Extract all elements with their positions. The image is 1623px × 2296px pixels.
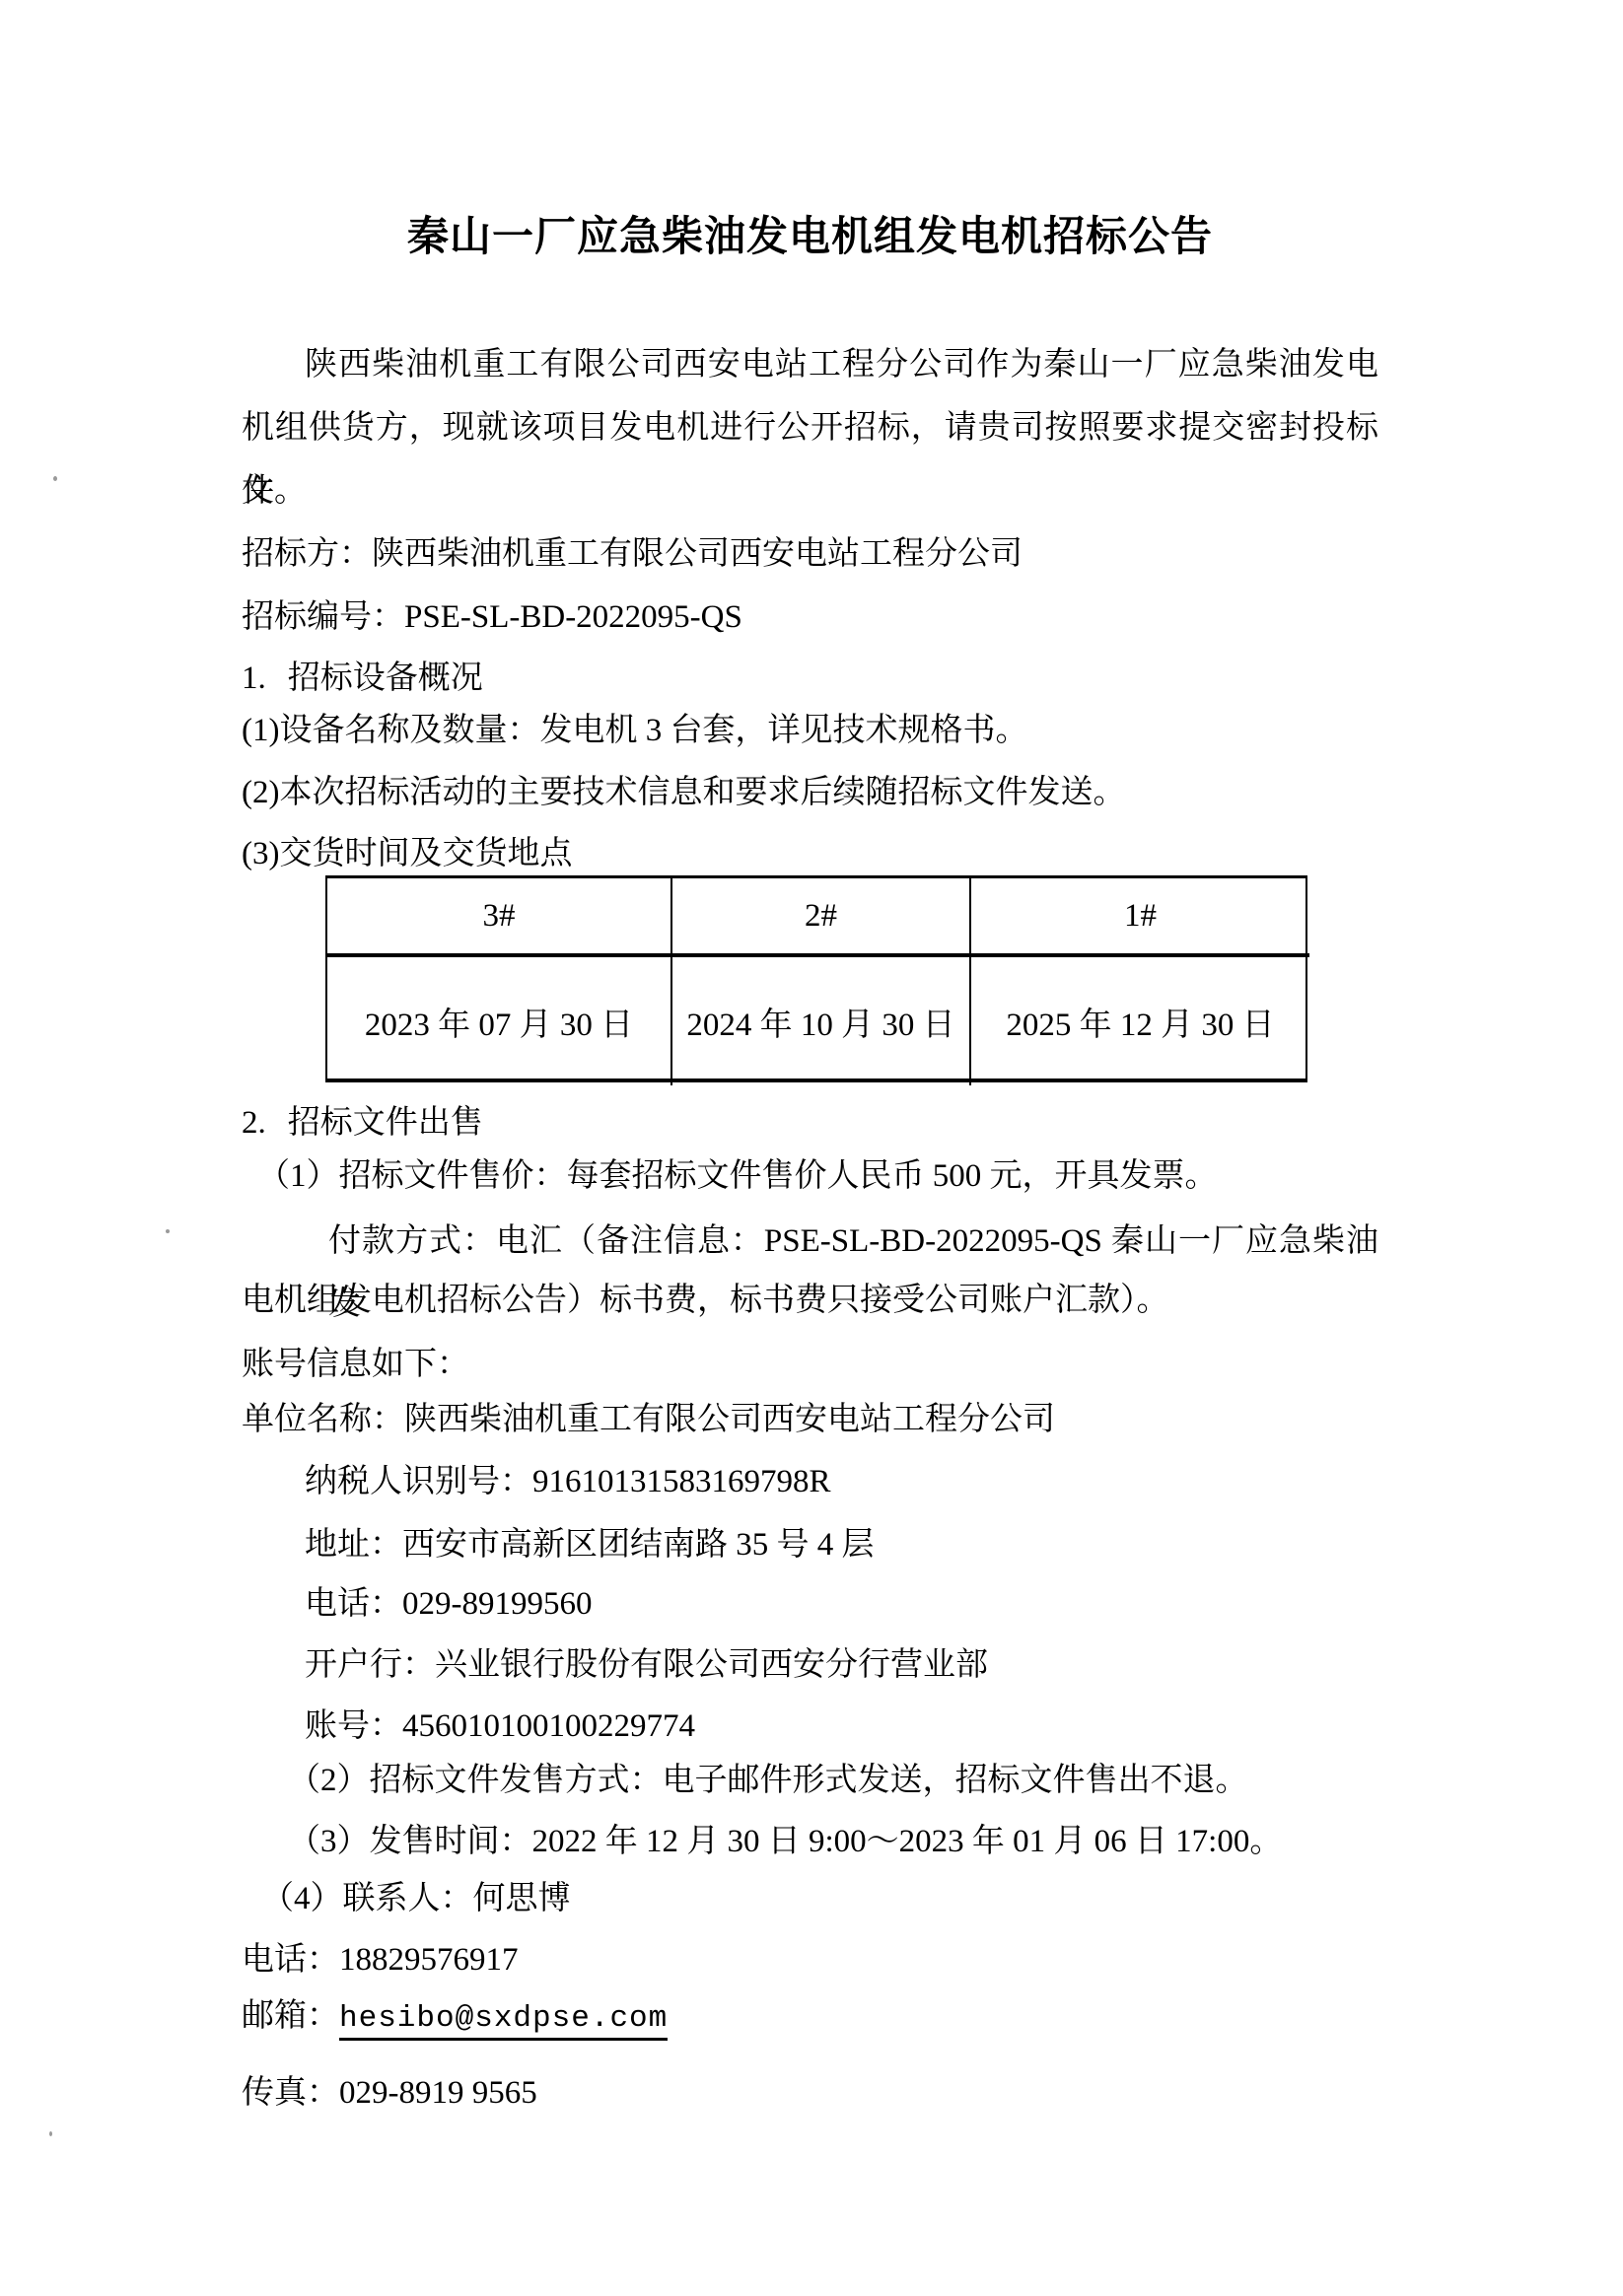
table-header-unit-3: 3#	[327, 878, 672, 957]
phone-line: 电话：029-89199560	[305, 1572, 1378, 1635]
page-title: 秦山一厂应急柴油发电机组发电机招标公告	[242, 209, 1378, 264]
intro-paragraph-line-1: 陕西柴油机重工有限公司西安电站工程分公司作为秦山一厂应急柴油发电	[305, 333, 1378, 396]
table-header-unit-1: 1#	[971, 878, 1309, 957]
tender-party-line: 招标方：陕西柴油机重工有限公司西安电站工程分公司	[242, 522, 1378, 586]
section1-item-2: (2)本次招标活动的主要技术信息和要求后续随招标文件发送。	[242, 761, 1378, 824]
tax-id-line: 纳税人识别号：91610131583169798R	[305, 1450, 1378, 1513]
company-name-line: 单位名称：陕西柴油机重工有限公司西安电站工程分公司	[242, 1388, 1378, 1451]
account-info-intro: 账号信息如下：	[242, 1333, 1378, 1396]
bank-line: 开户行：兴业银行股份有限公司西安分行营业部	[305, 1634, 1378, 1697]
email-label: 邮箱：	[242, 1998, 339, 2034]
delivery-schedule-table: 3# 2# 1# 2023 年 07 月 30 日 2024 年 10 月 30…	[325, 875, 1307, 1082]
table-cell-date-unit-3: 2023 年 07 月 30 日	[327, 957, 672, 1085]
address-line: 地址：西安市高新区团结南路 35 号 4 层	[305, 1513, 1378, 1576]
table-cell-date-unit-2: 2024 年 10 月 30 日	[672, 957, 971, 1085]
scan-speck	[166, 1229, 170, 1233]
intro-paragraph-line-3: 件。	[242, 459, 1378, 522]
scan-speck	[53, 476, 57, 481]
payment-method-line-2: 电机组发电机招标公告）标书费，标书费只接受公司账户汇款）。	[242, 1269, 1378, 1332]
table-header-unit-2: 2#	[672, 878, 971, 957]
section1-item-1: (1)设备名称及数量：发电机 3 台套，详见技术规格书。	[242, 699, 1378, 762]
intro-paragraph-line-2: 机组供货方，现就该项目发电机进行公开招标，请贵司按照要求提交密封投标文	[242, 396, 1378, 459]
fax-line: 传真：029-8919 9565	[242, 2061, 1378, 2124]
section2-item-4-contact: （4）联系人：何思博	[261, 1867, 1378, 1930]
payment-method-line-1: 付款方式：电汇（备注信息：PSE-SL-BD-2022095-QS 秦山一厂应急…	[328, 1210, 1378, 1273]
scanned-document-page: 秦山一厂应急柴油发电机组发电机招标公告 陕西柴油机重工有限公司西安电站工程分公司…	[0, 0, 1623, 2296]
contact-phone-line: 电话：18829576917	[242, 1928, 1378, 1991]
document-content: 秦山一厂应急柴油发电机组发电机招标公告 陕西柴油机重工有限公司西安电站工程分公司…	[242, 0, 1378, 2296]
section2-item-2: （2）招标文件发售方式：电子邮件形式发送，招标文件售出不退。	[288, 1749, 1378, 1812]
section2-item-1: （1）招标文件售价：每套招标文件售价人民币 500 元，开具发票。	[257, 1145, 1378, 1208]
email-line: 邮箱：hesibo@sxdpse.com	[242, 1984, 1378, 2048]
table-cell-date-unit-1: 2025 年 12 月 30 日	[971, 957, 1309, 1085]
section2-item-3: （3）发售时间：2022 年 12 月 30 日 9:00～2023 年 01 …	[288, 1810, 1378, 1873]
tender-number-line: 招标编号：PSE-SL-BD-2022095-QS	[242, 586, 1378, 649]
scan-speck	[49, 2131, 52, 2136]
email-address: hesibo@sxdpse.com	[339, 2001, 668, 2041]
